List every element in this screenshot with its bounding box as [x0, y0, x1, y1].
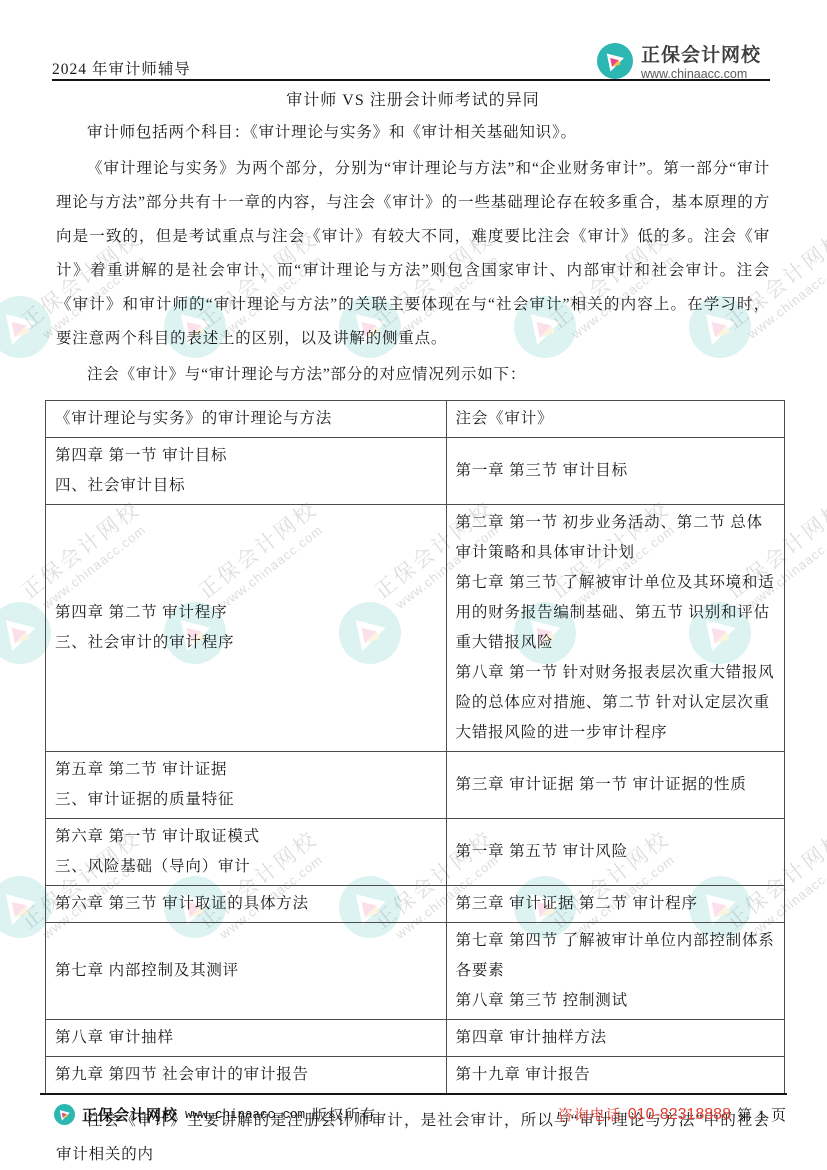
table-row: 第七章 内部控制及其测评第七章 第四节 了解被审计单位内部控制体系各要素第八章 …: [46, 923, 785, 1020]
table-row: 第四章 第二节 审计程序三、社会审计的审计程序第二章 第一节 初步业务活动、第二…: [46, 505, 785, 752]
cell-line: 第七章 第四节 了解被审计单位内部控制体系各要素: [456, 926, 775, 986]
table-cell-left: 第九章 第四节 社会审计的审计报告: [46, 1057, 447, 1094]
cell-line: 第十九章 审计报告: [456, 1060, 775, 1090]
cell-line: 第八章 第一节 针对财务报表层次重大错报风险的总体应对措施、第二节 针对认定层次…: [456, 658, 775, 748]
cell-line: 第八章 审计抽样: [55, 1023, 437, 1053]
page-number: 第 1 页: [737, 1104, 787, 1125]
brand-logo-icon: [597, 43, 633, 79]
footer-website: www.chinaacc.com: [185, 1108, 305, 1122]
paragraph-1: 审计师包括两个科目：《审计理论与实务》和《审计相关基础知识》。: [56, 116, 770, 150]
cell-line: 第九章 第四节 社会审计的审计报告: [55, 1060, 437, 1090]
brand-text: 正保会计网校 www.chinaacc.com: [641, 40, 761, 81]
cell-line: 第七章 内部控制及其测评: [55, 956, 437, 986]
cell-line: 第一章 第五节 审计风险: [456, 837, 775, 867]
table-cell-left: 第八章 审计抽样: [46, 1020, 447, 1057]
table-row: 第四章 第一节 审计目标四、社会审计目标第一章 第三节 审计目标: [46, 438, 785, 505]
footer-rule: [40, 1093, 787, 1095]
table-cell-right: 第三章 审计证据 第二节 审计程序: [446, 886, 784, 923]
paragraph-2: 《审计理论与实务》为两个部分，分别为“审计理论与方法”和“企业财务审计”。第一部…: [56, 152, 770, 356]
table-header-left: 《审计理论与实务》的审计理论与方法: [46, 401, 447, 438]
cell-line: 第七章 第三节 了解被审计单位及其环境和适用的财务报告编制基础、第五节 识别和评…: [456, 568, 775, 658]
footer-logo-icon: [54, 1104, 75, 1125]
table-cell-right: 第一章 第三节 审计目标: [446, 438, 784, 505]
table-cell-right: 第二章 第一节 初步业务活动、第二节 总体审计策略和具体审计计划第七章 第三节 …: [446, 505, 784, 752]
table-header-row: 《审计理论与实务》的审计理论与方法 注会《审计》: [46, 401, 785, 438]
table-cell-left: 第七章 内部控制及其测评: [46, 923, 447, 1020]
cell-line: 四、社会审计目标: [55, 471, 437, 501]
table-cell-left: 第六章 第一节 审计取证模式三、风险基础（导向）审计: [46, 819, 447, 886]
table-row: 第九章 第四节 社会审计的审计报告第十九章 审计报告: [46, 1057, 785, 1094]
table-row: 第六章 第一节 审计取证模式三、风险基础（导向）审计第一章 第五节 审计风险: [46, 819, 785, 886]
document-page: 2024 年审计师辅导 正保会计网校 www.chinaacc.com 审计师 …: [0, 0, 827, 1170]
header-rule: [52, 79, 770, 81]
footer-contact-block: 咨询电话 010-82318888 第 1 页: [558, 1104, 787, 1125]
table-cell-right: 第一章 第五节 审计风险: [446, 819, 784, 886]
document-body: 审计师 VS 注册会计师考试的异同 审计师包括两个科目：《审计理论与实务》和《审…: [56, 88, 770, 1170]
table-cell-right: 第七章 第四节 了解被审计单位内部控制体系各要素第八章 第三节 控制测试: [446, 923, 784, 1020]
paragraph-3: 注会《审计》与“审计理论与方法”部分的对应情况列示如下：: [56, 358, 770, 392]
cell-line: 第六章 第三节 审计取证的具体方法: [55, 889, 437, 919]
cell-line: 第六章 第一节 审计取证模式: [55, 822, 437, 852]
cell-line: 三、审计证据的质量特征: [55, 785, 437, 815]
cell-line: 第八章 第三节 控制测试: [456, 986, 775, 1016]
table-header-right: 注会《审计》: [446, 401, 784, 438]
cell-line: 第四章 第二节 审计程序: [55, 598, 437, 628]
cell-line: 第三章 审计证据 第一节 审计证据的性质: [456, 770, 775, 800]
footer-copyright: 版权所有: [312, 1104, 376, 1125]
cell-line: 第四章 第一节 审计目标: [55, 441, 437, 471]
brand-name: 正保会计网校: [641, 40, 761, 67]
table-cell-left: 第四章 第二节 审计程序三、社会审计的审计程序: [46, 505, 447, 752]
cell-line: 第五章 第二节 审计证据: [55, 755, 437, 785]
table-row: 第八章 审计抽样第四章 审计抽样方法: [46, 1020, 785, 1057]
table-cell-right: 第十九章 审计报告: [446, 1057, 784, 1094]
cell-line: 三、风险基础（导向）审计: [55, 852, 437, 882]
table-cell-left: 第五章 第二节 审计证据三、审计证据的质量特征: [46, 752, 447, 819]
cell-line: 三、社会审计的审计程序: [55, 628, 437, 658]
cell-line: 第三章 审计证据 第二节 审计程序: [456, 889, 775, 919]
page-title: 审计师 VS 注册会计师考试的异同: [56, 88, 770, 114]
cell-line: 第四章 审计抽样方法: [456, 1023, 775, 1053]
brand-header: 正保会计网校 www.chinaacc.com: [597, 40, 761, 81]
table-cell-right: 第四章 审计抽样方法: [446, 1020, 784, 1057]
cell-line: 第二章 第一节 初步业务活动、第二节 总体审计策略和具体审计计划: [456, 508, 775, 568]
table-cell-left: 第四章 第一节 审计目标四、社会审计目标: [46, 438, 447, 505]
header-course-label: 2024 年审计师辅导: [52, 57, 191, 79]
cell-line: 第一章 第三节 审计目标: [456, 456, 775, 486]
phone-label: 咨询电话: [558, 1104, 622, 1125]
table-row: 第五章 第二节 审计证据三、审计证据的质量特征第三章 审计证据 第一节 审计证据…: [46, 752, 785, 819]
table-row: 第六章 第三节 审计取证的具体方法第三章 审计证据 第二节 审计程序: [46, 886, 785, 923]
chapter-mapping-table: 《审计理论与实务》的审计理论与方法 注会《审计》 第四章 第一节 审计目标四、社…: [45, 400, 785, 1094]
mapping-table-body: 第四章 第一节 审计目标四、社会审计目标第一章 第三节 审计目标第四章 第二节 …: [46, 438, 785, 1094]
footer-brand-block: 正保会计网校 www.chinaacc.com 版权所有: [54, 1104, 376, 1125]
footer-brand-name: 正保会计网校: [82, 1104, 178, 1125]
phone-number: 010-82318888: [628, 1106, 731, 1124]
table-cell-right: 第三章 审计证据 第一节 审计证据的性质: [446, 752, 784, 819]
table-cell-left: 第六章 第三节 审计取证的具体方法: [46, 886, 447, 923]
